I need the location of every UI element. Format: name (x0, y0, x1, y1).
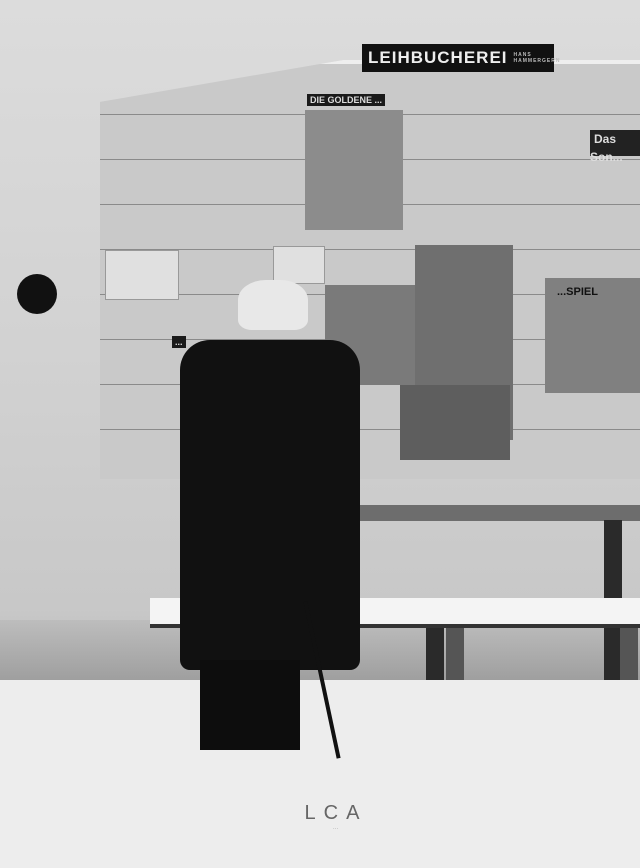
poster-label: Das Son... (590, 132, 623, 164)
poster (305, 110, 403, 230)
photograph: LEIHBUCHEREI HANS HAMMERGERN DIE GOLDENE… (0, 0, 640, 868)
poster (400, 385, 510, 460)
poster: ...SPIEL (545, 278, 640, 393)
sign-text: LEIHBUCHEREI (368, 48, 508, 68)
plank-seam (100, 249, 640, 250)
sign-small-text: HANS HAMMERGERN (514, 52, 540, 64)
hat (238, 280, 308, 330)
wall-hole (17, 274, 57, 314)
paper-notice (273, 246, 325, 284)
poster: Das Son... (590, 130, 640, 156)
coat (180, 340, 360, 670)
library-sign: LEIHBUCHEREI HANS HAMMERGERN (362, 44, 554, 72)
watermark: LCA ... (300, 802, 372, 831)
poster-label: ...SPIEL (557, 286, 640, 298)
watermark-logo: LCA (300, 802, 372, 825)
man-figure (160, 280, 380, 770)
legs (200, 660, 300, 750)
watermark-subtitle: ... (300, 825, 372, 831)
poster-label: DIE GOLDENE ... (307, 94, 385, 106)
bench-backrest (350, 505, 640, 521)
